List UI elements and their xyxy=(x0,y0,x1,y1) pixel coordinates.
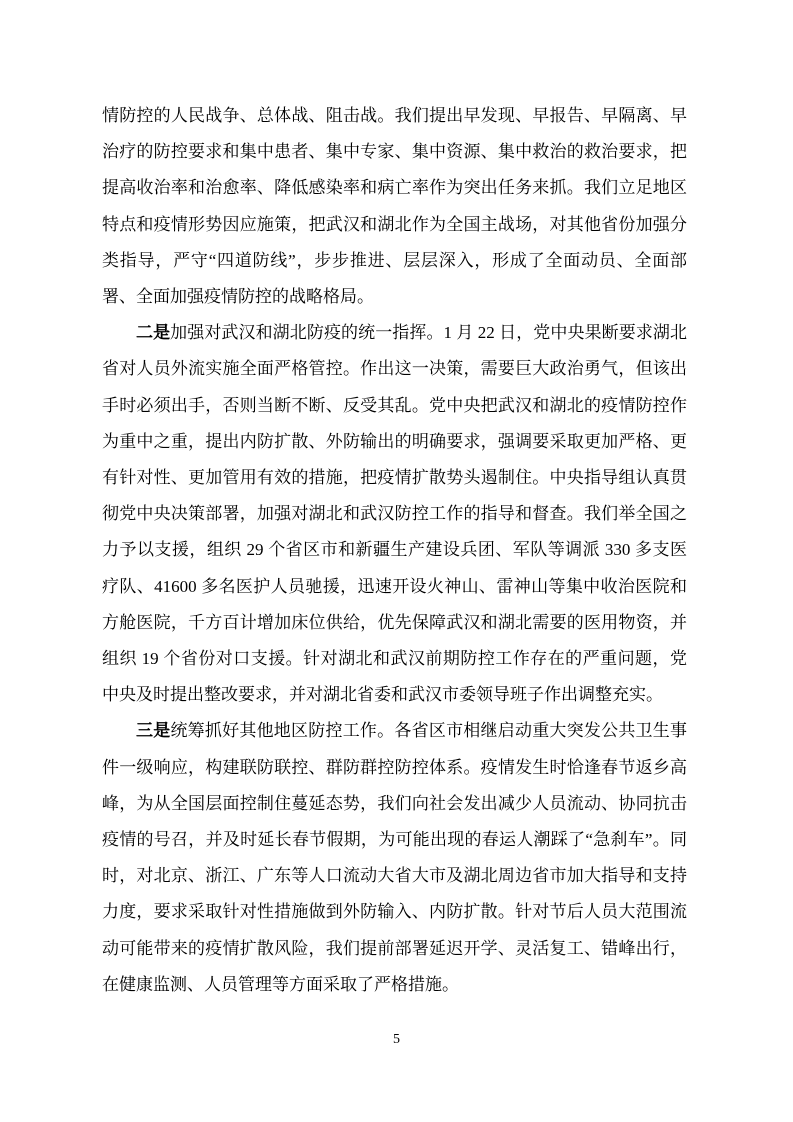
paragraph-text: 情防控的人民战争、总体战、阻击战。我们提出早发现、早报告、早隔离、早治疗的防控要… xyxy=(102,106,687,306)
page-footer: 5 xyxy=(0,1030,793,1050)
paragraph-text: 加强对武汉和湖北防疫的统一指挥。1 月 22 日，党中央果断要求湖北省对人员外流… xyxy=(102,323,687,704)
paragraph-text: 统筹抓好其他地区防控工作。各省区市相继启动重大突发公共卫生事件一级响应，构建联防… xyxy=(102,721,687,993)
document-page: 情防控的人民战争、总体战、阻击战。我们提出早发现、早报告、早隔离、早治疗的防控要… xyxy=(0,0,793,1122)
page-number: 5 xyxy=(393,1032,400,1047)
paragraph: 二是加强对武汉和湖北防疫的统一指挥。1 月 22 日，党中央果断要求湖北省对人员… xyxy=(102,315,687,713)
paragraph-lead: 二是 xyxy=(136,323,170,342)
paragraph: 情防控的人民战争、总体战、阻击战。我们提出早发现、早报告、早隔离、早治疗的防控要… xyxy=(102,98,687,315)
document-body: 情防控的人民战争、总体战、阻击战。我们提出早发现、早报告、早隔离、早治疗的防控要… xyxy=(102,98,687,1003)
paragraph: 三是统筹抓好其他地区防控工作。各省区市相继启动重大突发公共卫生事件一级响应，构建… xyxy=(102,713,687,1003)
paragraph-lead: 三是 xyxy=(136,721,170,740)
